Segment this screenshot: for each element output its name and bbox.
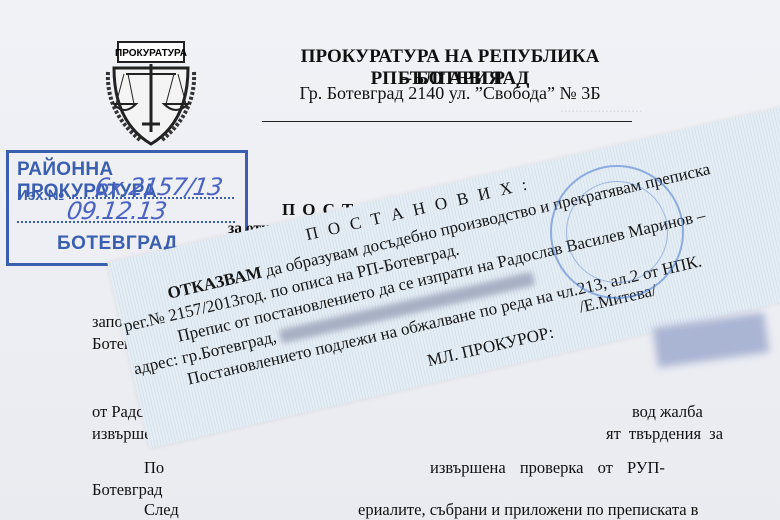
stamp-handwritten-date: 09.12.13 (65, 197, 168, 225)
official-seal-icon (550, 165, 684, 299)
body-line: Ботевград (92, 480, 163, 500)
prosecution-crest-icon: ПРОКУРАТУРА (100, 32, 202, 150)
body-line: от Радс (92, 402, 144, 422)
body-line: По (144, 458, 164, 478)
body-line: вод жалба (632, 402, 703, 422)
office-address: Гр. Ботевград 2140 ул. ”Свобода” № 3Б (250, 83, 650, 104)
body-line: извърше (92, 424, 152, 444)
crest-banner: ПРОКУРАТУРА (115, 48, 187, 59)
header-divider (262, 121, 632, 122)
body-line: ят твърдения за (606, 424, 723, 444)
document-page: ...................... ПРОКУРАТУРА ПРОКУ… (0, 0, 780, 520)
stamp-out-no-label: Изх.№ (17, 187, 64, 204)
body-line: извършена проверка от РУП- (430, 458, 665, 478)
body-line: ериалите, събрани и приложени по преписк… (358, 500, 698, 520)
body-line: След (144, 500, 179, 520)
